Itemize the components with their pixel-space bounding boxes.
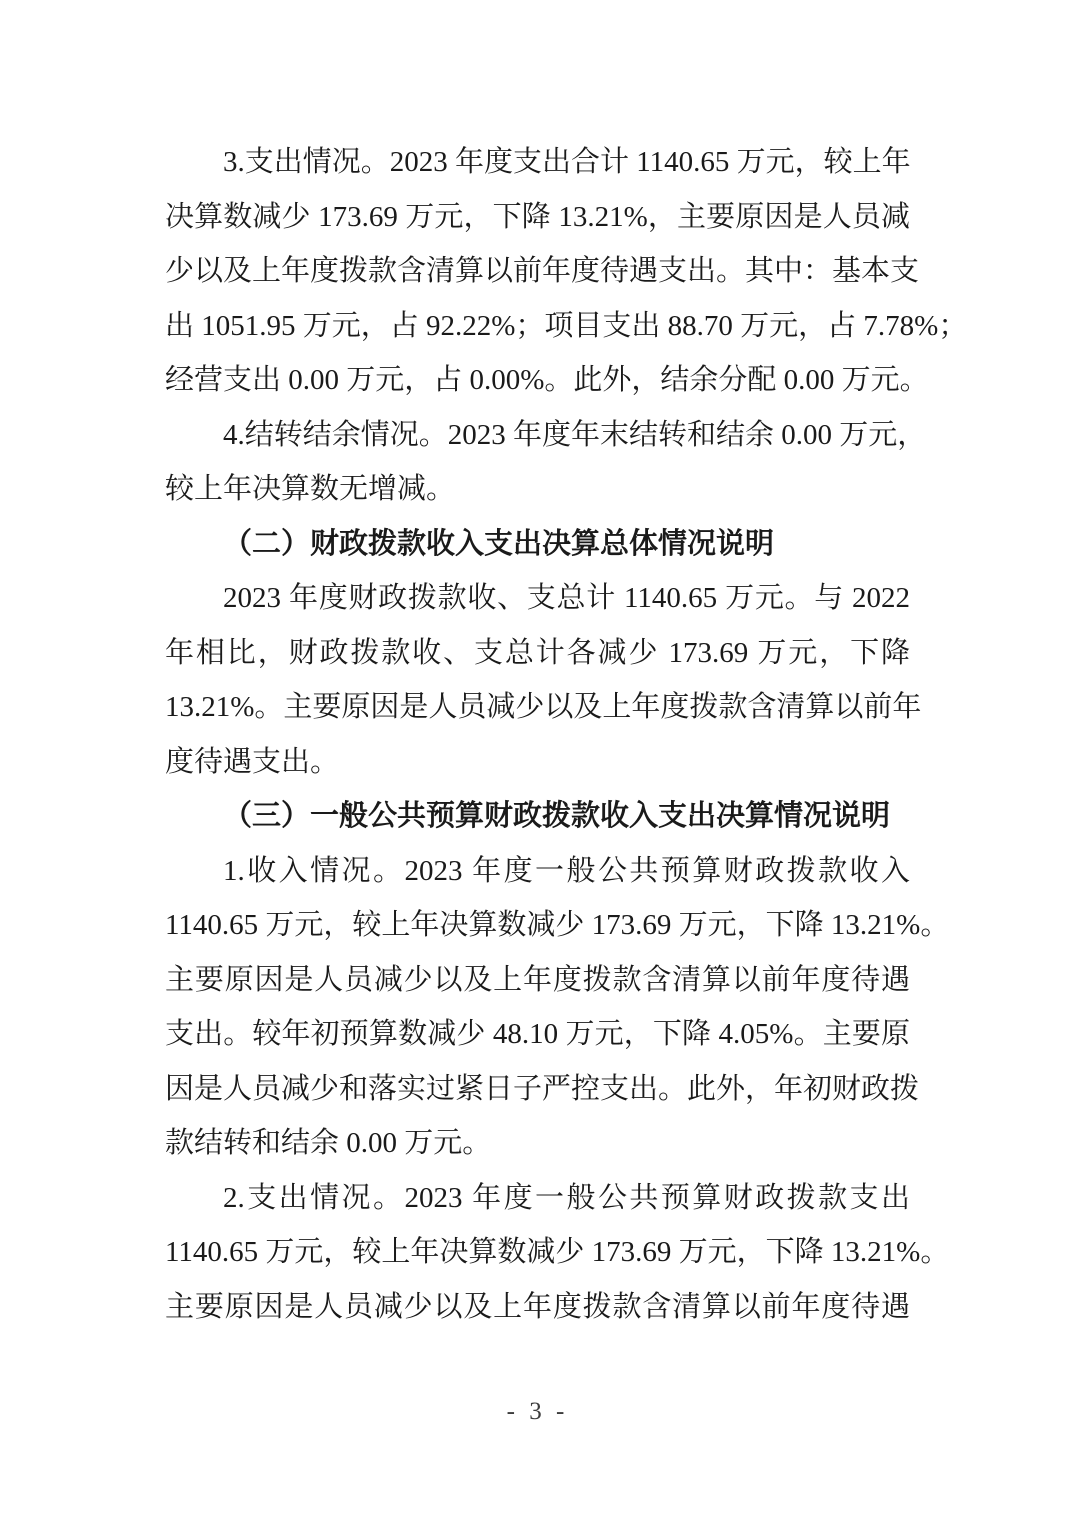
document-page: 3.支出情况。2023 年度支出合计 1140.65 万元，较上年 决算数减少 … — [0, 0, 1075, 1520]
para-fiscal-total-line: 年相比，财政拨款收、支总计各减少 173.69 万元，下降 — [165, 626, 910, 681]
page-number: - 3 - — [0, 1392, 1075, 1432]
para-fiscal-total-line: 2023 年度财政拨款收、支总计 1140.65 万元。与 2022 — [165, 571, 910, 626]
section-heading-2: （二）财政拨款收入支出决算总体情况说明 — [165, 517, 910, 572]
para-carryover-line: 4.结转结余情况。2023 年度年末结转和结余 0.00 万元， — [165, 408, 910, 463]
para-income-line: 因是人员减少和落实过紧日子严控支出。此外，年初财政拨 — [165, 1062, 910, 1117]
para-fiscal-total-line: 13.21%。主要原因是人员减少以及上年度拨款含清算以前年 — [165, 680, 910, 735]
para-budget-expenditure-line: 1140.65 万元，较上年决算数减少 173.69 万元，下降 13.21%。 — [165, 1225, 910, 1280]
para-budget-expenditure-line: 2.支出情况。2023 年度一般公共预算财政拨款支出 — [165, 1171, 910, 1226]
section-heading-3: （三）一般公共预算财政拨款收入支出决算情况说明 — [165, 789, 910, 844]
para-budget-expenditure-line: 主要原因是人员减少以及上年度拨款含清算以前年度待遇 — [165, 1280, 910, 1335]
para-income-line: 1140.65 万元，较上年决算数减少 173.69 万元，下降 13.21%。 — [165, 898, 910, 953]
para-expenditure-line: 少以及上年度拨款含清算以前年度待遇支出。其中：基本支 — [165, 244, 910, 299]
para-carryover-line: 较上年决算数无增减。 — [165, 462, 910, 517]
para-expenditure-line: 决算数减少 173.69 万元，下降 13.21%，主要原因是人员减 — [165, 190, 910, 245]
para-expenditure-line: 3.支出情况。2023 年度支出合计 1140.65 万元，较上年 — [165, 135, 910, 190]
para-income-line: 支出。较年初预算数减少 48.10 万元，下降 4.05%。主要原 — [165, 1007, 910, 1062]
para-income-line: 1.收入情况。2023 年度一般公共预算财政拨款收入 — [165, 844, 910, 899]
para-expenditure-line: 经营支出 0.00 万元，占 0.00%。此外，结余分配 0.00 万元。 — [165, 353, 910, 408]
para-expenditure-line: 出 1051.95 万元，占 92.22%；项目支出 88.70 万元，占 7.… — [165, 299, 910, 354]
para-income-line: 主要原因是人员减少以及上年度拨款含清算以前年度待遇 — [165, 953, 910, 1008]
para-income-line: 款结转和结余 0.00 万元。 — [165, 1116, 910, 1171]
para-fiscal-total-line: 度待遇支出。 — [165, 735, 910, 790]
document-body: 3.支出情况。2023 年度支出合计 1140.65 万元，较上年 决算数减少 … — [165, 135, 910, 1334]
